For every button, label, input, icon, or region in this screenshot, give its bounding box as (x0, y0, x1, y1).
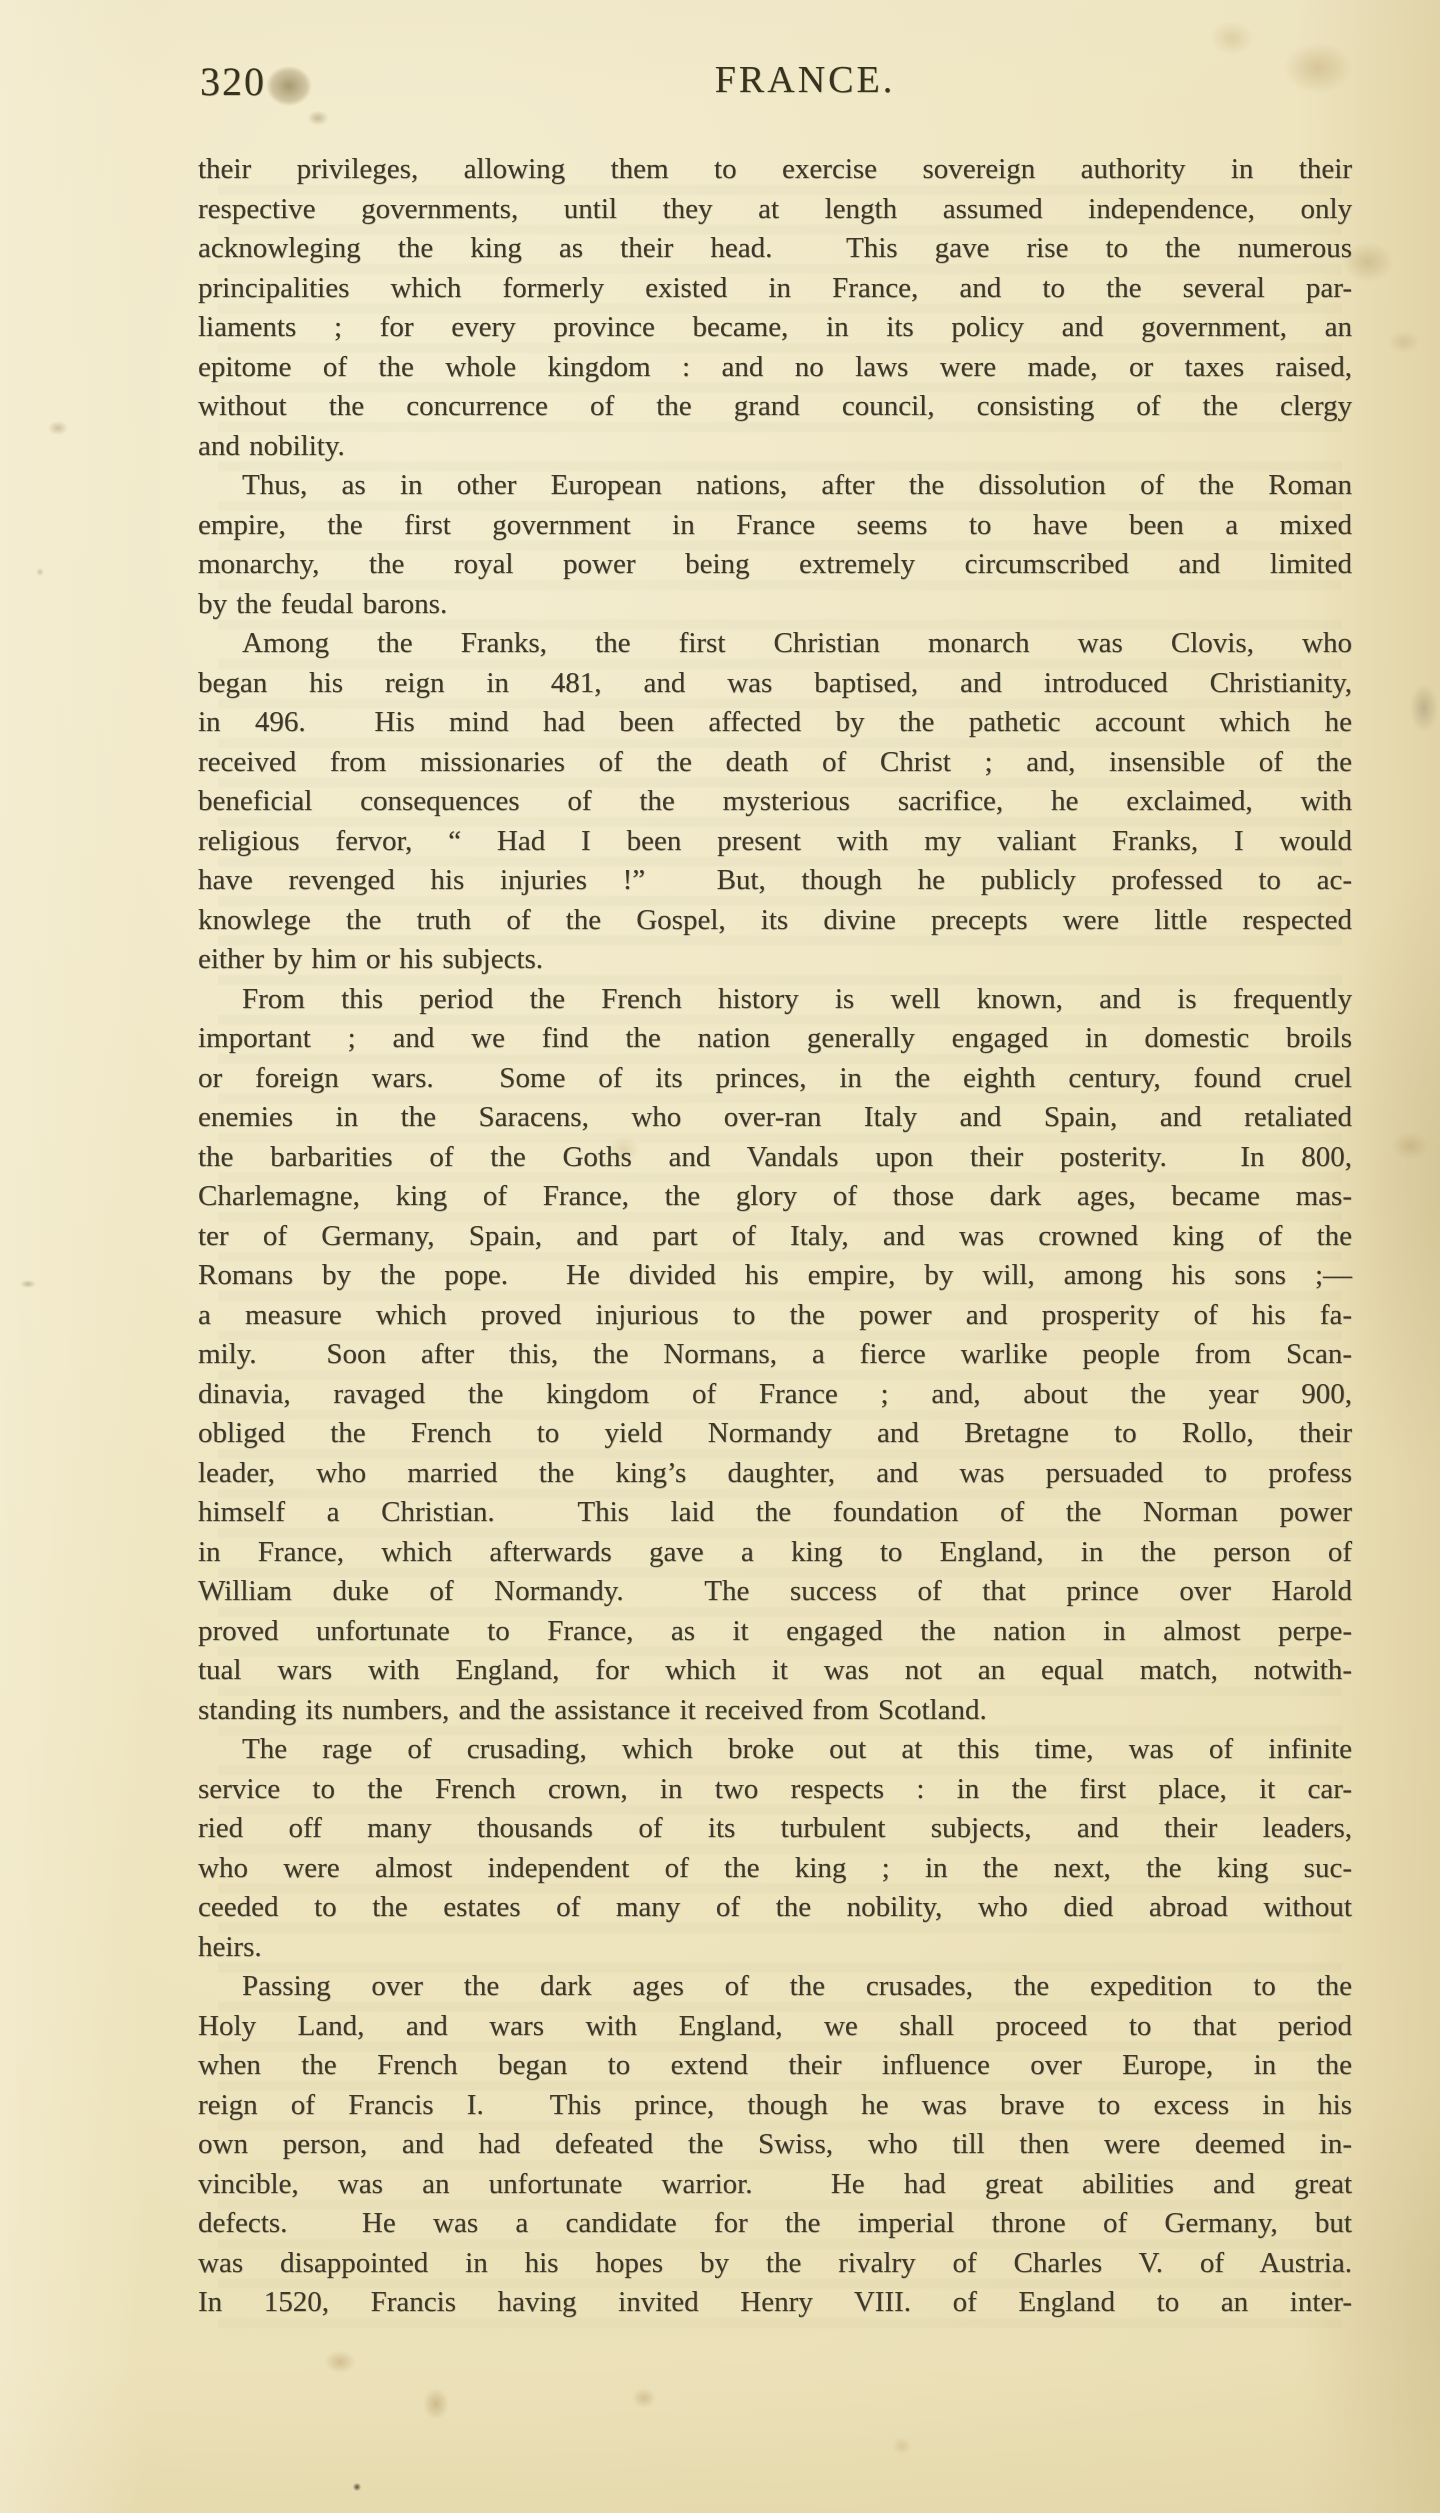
text-line: when the French began to extend their in… (198, 2046, 1352, 2086)
text-line: respective governments, until they at le… (198, 190, 1352, 230)
text-line: monarchy, the royal power being extremel… (198, 545, 1352, 585)
running-header: 320 FRANCE. (198, 52, 1352, 108)
text-line: epitome of the whole kingdom : and no la… (198, 348, 1352, 388)
text-line: William duke of Normandy. The success of… (198, 1572, 1352, 1612)
text-line: in 496. His mind had been affected by th… (198, 703, 1352, 743)
text-line: liaments ; for every province became, in… (198, 308, 1352, 348)
text-line: ter of Germany, Spain, and part of Italy… (198, 1217, 1352, 1257)
text-line: either by him or his subjects. (198, 940, 1352, 980)
text-line: own person, and had defeated the Swiss, … (198, 2125, 1352, 2165)
text-line: knowlege the truth of the Gospel, its di… (198, 901, 1352, 941)
text-line: Holy Land, and wars with England, we sha… (198, 2007, 1352, 2047)
text-line: dinavia, ravaged the kingdom of France ;… (198, 1375, 1352, 1415)
text-line: proved unfortunate to France, as it enga… (198, 1612, 1352, 1652)
text-line: their privileges, allowing them to exerc… (198, 150, 1352, 190)
body-text: their privileges, allowing them to exerc… (198, 150, 1352, 2323)
text-line: have revenged his injuries !” But, thoug… (198, 861, 1352, 901)
text-line: himself a Christian. This laid the found… (198, 1493, 1352, 1533)
text-line: Thus, as in other European nations, afte… (198, 466, 1352, 506)
text-line: reign of Francis I. This prince, though … (198, 2086, 1352, 2126)
text-line: was disappointed in his hopes by the riv… (198, 2244, 1352, 2284)
text-line: or foreign wars. Some of its princes, in… (198, 1059, 1352, 1099)
text-line: began his reign in 481, and was baptised… (198, 664, 1352, 704)
text-line: heirs. (198, 1928, 1352, 1968)
text-line: standing its numbers, and the assistance… (198, 1691, 1352, 1731)
text-line: Charlemagne, king of France, the glory o… (198, 1177, 1352, 1217)
text-line: vincible, was an unfortunate warrior. He… (198, 2165, 1352, 2205)
text-line: defects. He was a candidate for the impe… (198, 2204, 1352, 2244)
text-line: acknowleging the king as their head. Thi… (198, 229, 1352, 269)
text-line: In 1520, Francis having invited Henry VI… (198, 2283, 1352, 2323)
text-line: important ; and we find the nation gener… (198, 1019, 1352, 1059)
text-line: obliged the French to yield Normandy and… (198, 1414, 1352, 1454)
running-header-title: FRANCE. (198, 58, 1352, 102)
text-line: religious fervor, “ Had I been present w… (198, 822, 1352, 862)
text-line: mily. Soon after this, the Normans, a fi… (198, 1335, 1352, 1375)
text-line: and nobility. (198, 427, 1352, 467)
text-line: a measure which proved injurious to the … (198, 1296, 1352, 1336)
text-line: empire, the first government in France s… (198, 506, 1352, 546)
text-line: beneficial consequences of the mysteriou… (198, 782, 1352, 822)
text-line: leader, who married the king’s daughter,… (198, 1454, 1352, 1494)
text-line: in France, which afterwards gave a king … (198, 1533, 1352, 1573)
text-line: ried off many thousands of its turbulent… (198, 1809, 1352, 1849)
text-line: enemies in the Saracens, who over-ran It… (198, 1098, 1352, 1138)
text-line: by the feudal barons. (198, 585, 1352, 625)
text-line: principalities which formerly existed in… (198, 269, 1352, 309)
text-line: service to the French crown, in two resp… (198, 1770, 1352, 1810)
text-line: tual wars with England, for which it was… (198, 1651, 1352, 1691)
text-line: who were almost independent of the king … (198, 1849, 1352, 1889)
text-line: Among the Franks, the first Christian mo… (198, 624, 1352, 664)
text-line: Romans by the pope. He divided his empir… (198, 1256, 1352, 1296)
text-line: without the concurrence of the grand cou… (198, 387, 1352, 427)
text-line: received from missionaries of the death … (198, 743, 1352, 783)
text-line: ceeded to the estates of many of the nob… (198, 1888, 1352, 1928)
text-line: the barbarities of the Goths and Vandals… (198, 1138, 1352, 1178)
text-line: The rage of crusading, which broke out a… (198, 1730, 1352, 1770)
text-line: From this period the French history is w… (198, 980, 1352, 1020)
text-line: Passing over the dark ages of the crusad… (198, 1967, 1352, 2007)
